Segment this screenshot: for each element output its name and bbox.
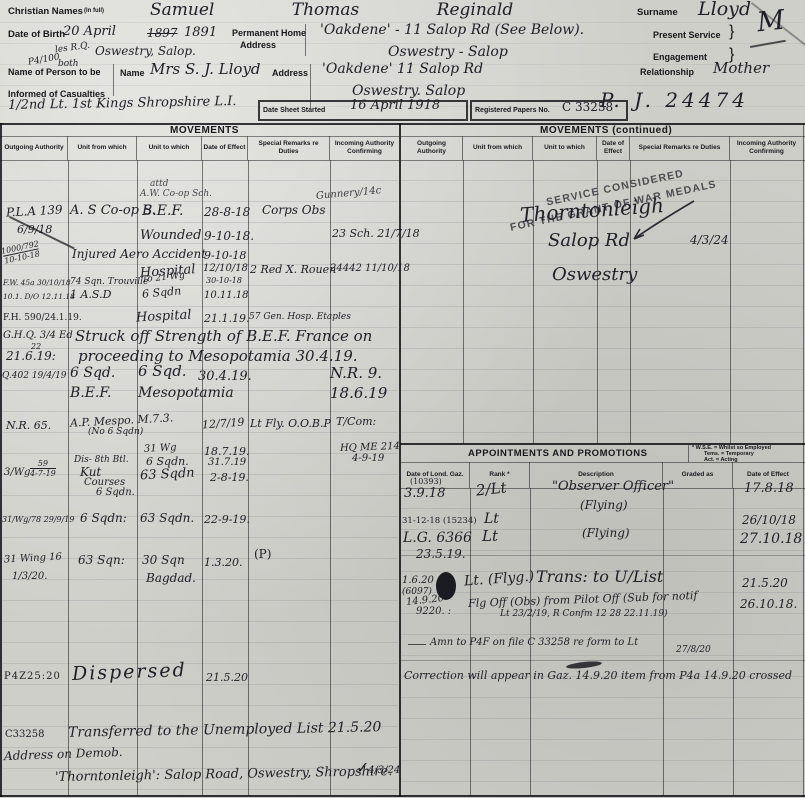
rank-value: Lt [484, 512, 499, 526]
entry-unit-to: To 21 Wg [142, 272, 186, 285]
entry-attached-note: attd [150, 180, 168, 189]
grid-line [663, 488, 664, 796]
entry-outgoing: 10.1. D/O 12.11.18 [3, 293, 75, 301]
col-unit-to: Unit to which [137, 136, 202, 160]
home-address-value2: Oswestry - Salop [388, 45, 508, 59]
gazette-ref: (10393) [410, 478, 442, 486]
entry-date: 30.4.19. [198, 370, 252, 383]
home-address-label2: Address [240, 41, 276, 50]
pen-dash [408, 644, 426, 645]
entry-incoming: N.R. 9. [330, 366, 382, 381]
engagement-label: Engagement [653, 53, 707, 62]
margin-note-b: P4/100 [27, 53, 60, 67]
entry-outgoing: G.H.Q. 3/4 Ed [3, 331, 73, 341]
entry-unit-from: 63 Sqn: [78, 554, 125, 566]
entry-incoming: T/Com: [336, 416, 376, 427]
christian-names-value: Samuel Thomas Reginald [150, 2, 513, 19]
continued-address2: Salop Rd [548, 232, 630, 250]
description-value: (Flying) [582, 527, 630, 539]
person-informed-label1: Name of Person to be [8, 68, 101, 77]
entry-date: 9-10-18. [204, 230, 254, 242]
entry-transferred-line: Transferred to the Unemployed List 21.5.… [68, 720, 382, 739]
effect-date: 27.10.18 [740, 532, 802, 546]
appointments-correction-line: Correction will appear in Gaz. 14.9.20 i… [404, 670, 792, 681]
effect-date: 21.5.20 [742, 577, 788, 589]
entry-outgoing-sup: 22 [31, 343, 41, 351]
entry-unit-from2: (No 6 Sqdn) [88, 428, 143, 437]
entry-unit-to: 63 Sqdn [140, 467, 195, 483]
pj-number: P. J. 24474 [600, 90, 749, 110]
entry-date: 30-10-18 [206, 277, 242, 285]
arrow-icon [628, 198, 698, 244]
fraction-top: 59 [38, 460, 48, 468]
right-edge [803, 123, 804, 797]
entry-outgoing-fraction: 1000/792 10-10-18 [1, 240, 42, 266]
appointments-row-line [400, 660, 805, 661]
entry-unit-to: 30 Sqn [142, 554, 185, 566]
entry-demob-address: 'Thorntonleigh': Salop Road, Oswestry, S… [55, 765, 393, 784]
entry-address-on-demob: Address on Demob. [4, 746, 123, 762]
entry-unit-from3: 6 Sqdn. [96, 488, 135, 498]
entry-date: 10.11.18 [204, 291, 249, 301]
entry-outgoing-fraction: 59 4-7-19 [30, 460, 56, 478]
person-divider [113, 64, 114, 96]
gazette-date: 1.6.20 [402, 576, 434, 586]
christian-names-label: Christian Names [8, 7, 83, 17]
col-incoming-authority: Incoming Authority Confirming [330, 136, 399, 160]
entry-date: 12/10/18 [203, 264, 248, 274]
effect-date: 26/10/18 [742, 514, 796, 526]
entry-dispersed: Dispersed [72, 661, 187, 684]
entry-date: 18.7.19. [204, 446, 249, 457]
entry-date: 12/7/19 [202, 417, 245, 431]
person-name-value: Mrs S. J. Lloyd [150, 62, 261, 77]
entry-proceeding-line: proceeding to Mesopotamia 30.4.19. [78, 349, 358, 364]
entry-date: 9-10-18 [204, 250, 246, 261]
entry-unit-to: 63 Sqdn. [140, 512, 194, 524]
entry-remarks: Corps Obs [262, 204, 325, 216]
rank-value: Lt. (Flyg.) [464, 570, 535, 589]
col-outgoing-authority: Outgoing Authority [1, 136, 68, 160]
gazette-ref: 9220. : [416, 607, 451, 617]
entry-unit-from: 6 Sqd. [70, 366, 115, 380]
col-date-of-effect: Date of Effect [597, 136, 630, 160]
dob-label: Date of Birth [8, 30, 65, 40]
movements-continued-title: MOVEMENTS (continued) [540, 126, 672, 136]
service-record-scan: Christian Names (In full) Samuel Thomas … [0, 0, 805, 798]
bottom-edge [0, 795, 805, 797]
margin-note-a: les R.Q. [55, 42, 91, 56]
entry-unit-to2: Bagdad. [146, 572, 196, 584]
entry-remarks: 2 Red X. Rouen [250, 264, 336, 275]
continued-address3: Oswestry [552, 266, 637, 284]
entry-unit-to: Hospital [136, 309, 192, 325]
entry-outgoing: P.L.A 139 [6, 204, 63, 219]
relationship-label: Relationship [640, 68, 694, 77]
gazette-date: 23.5.19. [416, 548, 466, 560]
left-edge [0, 123, 2, 797]
entry-incoming-note: Gunnery/14c [316, 186, 382, 202]
col-special-remarks: Special Remarks re Duties [248, 136, 330, 160]
entry-unit-from: Injured Aero Accident [72, 248, 206, 260]
entry-outgoing-date: 1/3/20. [12, 572, 47, 582]
surname-value: Lloyd [698, 0, 751, 19]
relationship-value: Mother [713, 61, 769, 76]
home-address-divider [305, 24, 306, 56]
col-unit-to: Unit to which [533, 136, 597, 160]
gazette-ref: L.G. 6366 [403, 531, 472, 545]
movements-continued-header: Outgoing Authority Unit from which Unit … [401, 136, 803, 160]
description-value2: Lt 23/2/19, R Confm 12 28 22.11.19) [500, 610, 668, 619]
grid-line [730, 160, 731, 444]
entry-unit-to: 6 Sqd. [138, 364, 187, 379]
entry-incoming: 18.6.19 [330, 386, 387, 401]
center-divider [399, 123, 401, 797]
entry-attached-note2: A.W. Co-op Sch. [140, 190, 212, 199]
entry-outgoing: P4Z25:20 [4, 672, 61, 682]
entry-demob-date: 4/3/24 [368, 766, 400, 776]
entry-remarks: 57 Gen. Hosp. Etaples [249, 313, 351, 322]
grid-line [330, 160, 331, 796]
gazette-date: 31-12-18 (15234) [402, 517, 477, 526]
surname-label: Surname [637, 8, 678, 18]
entry-unit-from: 74 Sqn. Trouville [70, 278, 148, 287]
entry-remarks: (P) [254, 548, 271, 560]
grid-line [463, 160, 464, 444]
reg-papers-label: Registered Papers No. [475, 107, 550, 114]
entry-outgoing: 31/Wg/78 29/9/19 [2, 516, 74, 524]
grid-line [733, 488, 734, 796]
entry-date: 22-9-19. [204, 514, 250, 525]
col-unit-from: Unit from which [463, 136, 533, 160]
in-full-label: (In full) [84, 8, 104, 14]
entry-incoming: 23 Sch. 21/7/18 [332, 228, 420, 239]
effect-date: 26.10.18. [740, 598, 797, 610]
entry-date: 21.1.19. [204, 313, 249, 324]
dob-day-value: 20 April [63, 25, 116, 38]
entry-remarks: Lt Fly. O.O.B.P [250, 418, 331, 429]
address-label: Address [272, 69, 308, 78]
entry-outgoing: F.W. 45a 30/10/18 [3, 279, 71, 287]
header-separator [0, 123, 805, 125]
appointments-note-date: 27/8/20 [676, 646, 711, 655]
col-incoming-authority: Incoming Authority Confirming [730, 136, 803, 160]
entry-outgoing: F.H. 590/24.1.19. [3, 314, 82, 323]
date-sheet-value: 16 April 1918 [350, 99, 440, 112]
date-sheet-label: Date Sheet Started [263, 107, 325, 114]
rank-value: 2/Lt [475, 480, 507, 498]
legend-divider [688, 445, 689, 462]
entry-outgoing: Q.402 19/4/19 [2, 372, 67, 381]
col-special-remarks: Special Remarks re Duties [630, 136, 730, 160]
appointments-note: Amn to P4F on file C 33258 re form to Lt [430, 638, 638, 648]
entry-outgoing: 3/Wg [4, 468, 30, 478]
entry-unit-to: Wounded [140, 229, 201, 242]
person-address-value2: Oswestry. Salop [352, 84, 465, 98]
home-address-value1: 'Oakdene' - 11 Salop Rd (See Below). [320, 23, 584, 37]
fraction-bottom: 4-7-19 [30, 468, 56, 478]
entry-date: 28-8-18 [204, 206, 250, 218]
dob-year-value: 1891 [184, 26, 217, 39]
entry-incoming-date: 4-9-19 [352, 454, 384, 464]
description-value2: (Flying) [580, 499, 628, 511]
entry-incoming: 24442 11/10/18 [330, 264, 410, 274]
grid-line [68, 160, 69, 796]
description-value: "Observer Officer" [552, 480, 674, 493]
effect-date: 17.8.18 [744, 482, 794, 495]
entry-outgoing-date: 21.6.19: [6, 350, 56, 362]
entry-unit-to: B.E.F. [142, 204, 183, 218]
movements-title: MOVEMENTS [170, 126, 239, 136]
dob-place-value: Oswestry, Salop. [95, 45, 196, 57]
entry-outgoing: 31 Wing 16 [4, 552, 62, 565]
col-outgoing-authority: Outgoing Authority [401, 136, 463, 160]
home-address-label: Permanent Home [232, 29, 306, 38]
entry-unit-to: 6 Sqdn [142, 285, 182, 299]
entry-unit-from: 6 Sqdn: [80, 512, 127, 524]
gazette-date: 3.9.18 [404, 487, 445, 500]
person-address-value1: 'Oakdene' 11 Salop Rd [322, 62, 483, 76]
entry-unit-to: Mesopotamia [138, 386, 234, 400]
entry-date: 1.3.20. [204, 557, 242, 568]
entry-unit-to: 31 Wg [144, 443, 177, 455]
movements-header: Outgoing Authority Unit from which Unit … [1, 136, 399, 160]
entry-unit-from: 1 A.S.D [70, 289, 111, 300]
present-service-label: Present Service [653, 31, 721, 40]
entry-file-number: C33258 [5, 730, 44, 740]
monogram-underline [750, 40, 786, 48]
appointments-title: APPOINTMENTS AND PROMOTIONS [468, 449, 647, 459]
dob-struck-value: 1897 [147, 27, 178, 39]
regiment-note: 1/2nd Lt. 1st Kings Shropshire L.I. [8, 95, 237, 112]
rank-value: Lt [482, 529, 498, 544]
entry-unit-from: Dis- 8th Btl. [74, 456, 129, 465]
col-date-of-effect: Date of Effect [202, 136, 248, 160]
thead-bottom-line [0, 160, 805, 161]
entry-date: 2-8-19. [210, 472, 249, 483]
description-value: Trans: to U/List [536, 569, 663, 585]
present-service-brace: } [729, 24, 734, 40]
col-unit-from: Unit from which [68, 136, 137, 160]
entry-date: 21.5.20 [206, 672, 248, 683]
name-label: Name [120, 69, 145, 78]
entry-date: 31.7.19 [208, 458, 246, 468]
entry-struck-off-line: Struck off Strength of B.E.F. France on [75, 329, 372, 344]
entry-outgoing: N.R. 65. [6, 420, 51, 431]
entry-unit-from: B.E.F. [70, 386, 111, 400]
